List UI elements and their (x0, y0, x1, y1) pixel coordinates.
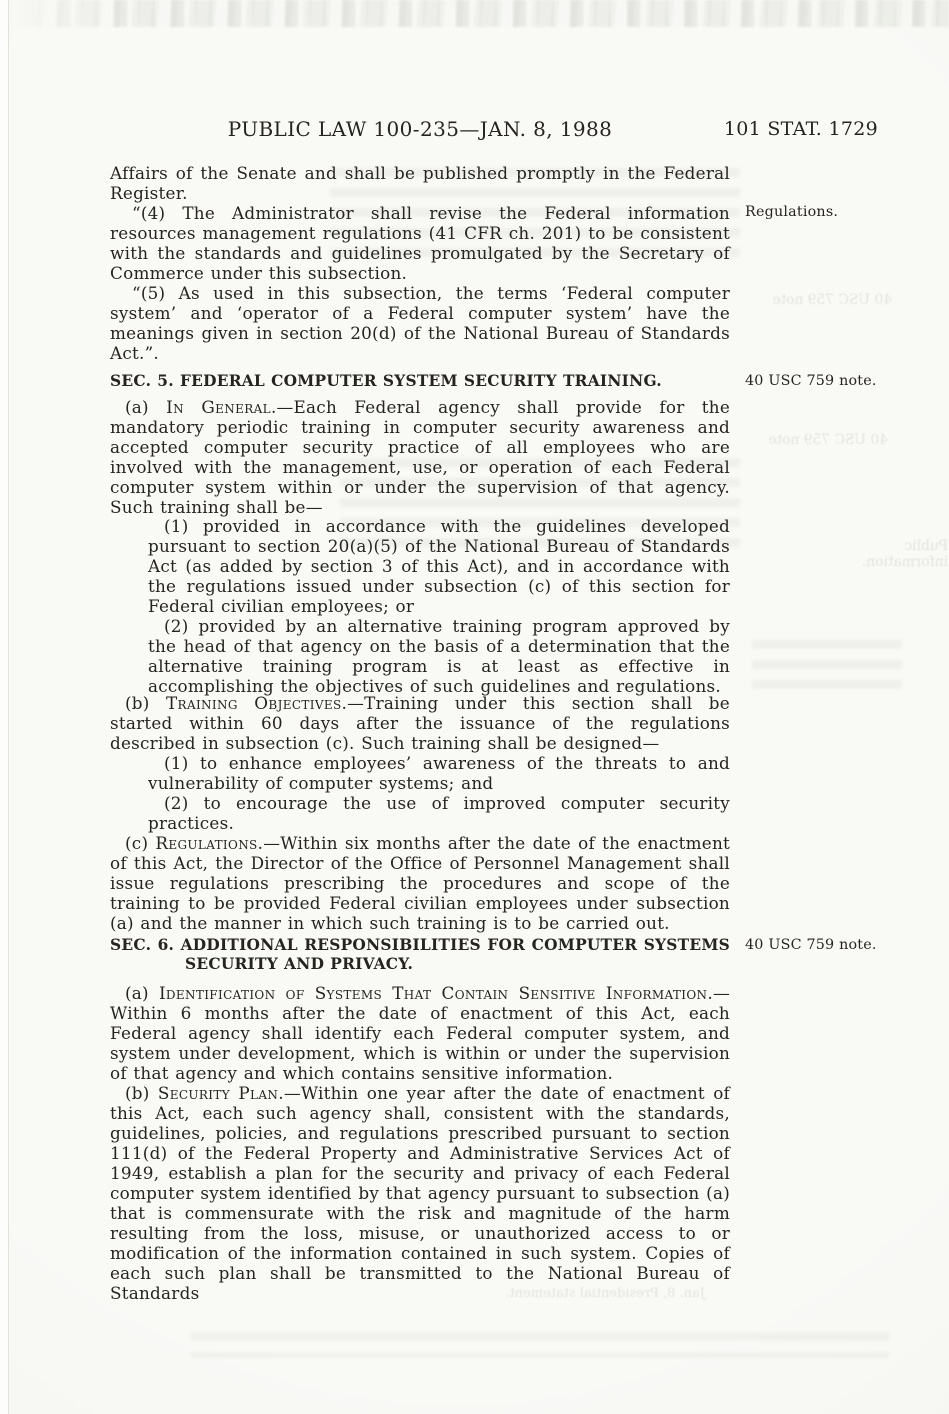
enumerator: (b) (125, 693, 166, 713)
scanner-noise-band (0, 0, 949, 27)
sec6-heading: SEC. 6. ADDITIONAL RESPONSIBILITIES FOR … (110, 936, 730, 974)
paragraph-4-text: “(4) The Administrator shall revise the … (110, 203, 730, 283)
paragraph-5-definitions: “(5) As used in this subsection, the ter… (110, 283, 730, 363)
enumerator: (a) (125, 983, 159, 1003)
small-caps-label: In General (166, 397, 271, 417)
paragraph-b-training-objectives: (b) Training Objectives.—Training under … (110, 693, 730, 753)
enumerator: (c) (125, 833, 155, 853)
running-head-law-title: PUBLIC LAW 100-235—JAN. 8, 1988 (110, 117, 730, 141)
small-caps-label: Training Objectives (166, 693, 342, 713)
paragraph-b-security-plan-text: .—Within one year after the date of enac… (110, 1083, 730, 1303)
paragraph-c-regulations: (c) Regulations.—Within six months after… (110, 833, 730, 933)
paragraph-4-administrator: “(4) The Administrator shall revise the … (110, 203, 730, 283)
margin-note-sec5: 40 USC 759 note. (745, 373, 949, 390)
bleedthrough-bottom-note: Jan. 8, Presidential statement. (455, 1286, 705, 1302)
bleedthrough-texture (190, 1332, 890, 1358)
list-item-2-alternative-training: (2) provided by an alternative training … (148, 616, 730, 696)
paragraph-a-identification: (a) Identification of Systems That Conta… (110, 983, 730, 1083)
paragraph-a-in-general: (a) In General.—Each Federal agency shal… (110, 397, 730, 517)
enumerator: (a) (125, 397, 166, 417)
sec6-heading-line1: SEC. 6. ADDITIONAL RESPONSIBILITIES FOR … (110, 936, 730, 955)
bleedthrough-margin-note: 40 USC 759 note (752, 292, 892, 308)
sec6-heading-line2: SECURITY AND PRIVACY. (110, 955, 730, 974)
bleedthrough-margin-note: 40 USC 759 note (748, 432, 888, 448)
sec5-heading-text: SEC. 5. FEDERAL COMPUTER SYSTEM SECURITY… (110, 372, 662, 390)
margin-note-sec6: 40 USC 759 note. (745, 937, 949, 954)
small-caps-label: Regulations (155, 833, 257, 853)
running-head-stat-number: 101 STAT. 1729 (714, 118, 878, 140)
margin-note-regulations: Regulations. (745, 204, 949, 221)
bleedthrough-margin-note: Public information. (856, 538, 948, 570)
list-item-2-encourage-practices: (2) to encourage the use of improved com… (148, 793, 730, 833)
list-item-1-enhance-awareness: (1) to enhance employees’ awareness of t… (148, 753, 730, 793)
paragraph-affairs-continuation: Affairs of the Senate and shall be publi… (110, 163, 730, 203)
small-caps-label: Identification of Systems That Contain S… (159, 983, 707, 1003)
list-item-1-guidelines: (1) provided in accordance with the guid… (148, 516, 730, 616)
page-left-edge (0, 0, 8, 1414)
paragraph-b-security-plan: (b) Security Plan.—Within one year after… (110, 1083, 730, 1303)
small-caps-label: Security Plan (158, 1083, 278, 1103)
enumerator: (b) (125, 1083, 158, 1103)
scanned-statute-page: PUBLIC LAW 100-235—JAN. 8, 1988 101 STAT… (0, 0, 949, 1414)
bleedthrough-texture (752, 640, 902, 698)
page-left-edge-line (8, 0, 9, 1414)
sec5-heading: SEC. 5. FEDERAL COMPUTER SYSTEM SECURITY… (110, 372, 730, 391)
